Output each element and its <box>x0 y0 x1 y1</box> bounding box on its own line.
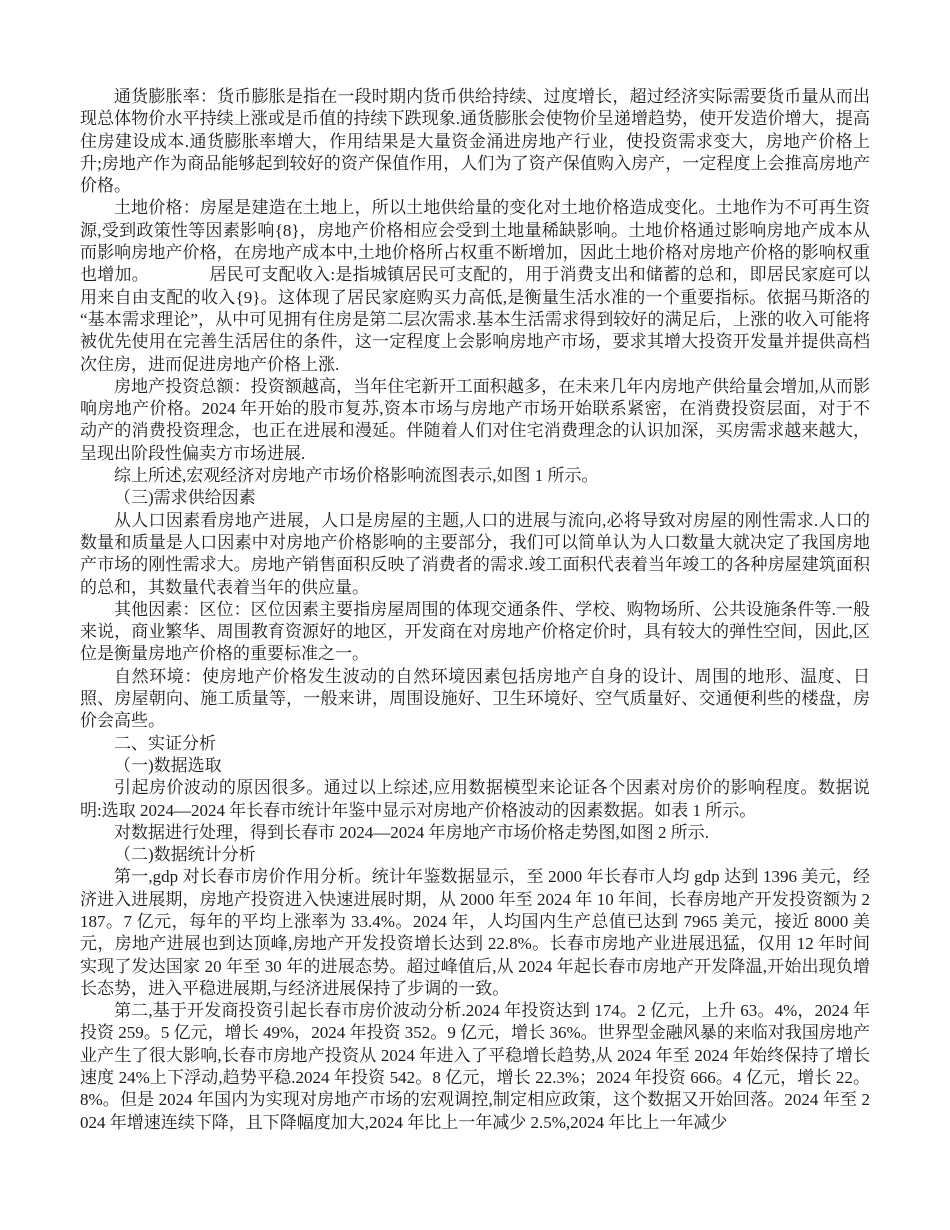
paragraph-13: （二)数据统计分析 <box>80 844 870 866</box>
paragraph-11: 引起房价波动的原因很多。通过以上综述,应用数据模型来论证各个因素对房价的影响程度… <box>80 777 870 822</box>
paragraph-9: 二、实证分析 <box>80 733 870 755</box>
paragraph-12: 对数据进行处理，得到长春市 2024—2024 年房地产市场价格走势图,如图 2… <box>80 822 870 844</box>
paragraph-15: 第二,基于开发商投资引起长春市房价波动分析.2024 年投资达到 174。2 亿… <box>80 1000 870 1134</box>
paragraph-14: 第一,gdp 对长春市房价作用分析。统计年鉴数据显示，至 2000 年长春市人均… <box>80 866 870 1000</box>
paragraph-4: 综上所述,宏观经济对房地产市场价格影响流图表示,如图 1 所示。 <box>80 465 870 487</box>
document-window: { "page": { "background": "#ffffff", "te… <box>0 0 950 1230</box>
paragraph-7: 其他因素：区位：区位因素主要指房屋周围的体现交通条件、学校、购物场所、公共设施条… <box>80 599 870 666</box>
paragraph-5: （三)需求供给因素 <box>80 487 870 509</box>
paragraph-1: 通货膨胀率：货币膨胀是指在一段时期内货币供给持续、过度增长，超过经济实际需要货币… <box>80 86 870 197</box>
paragraph-6: 从人口因素看房地产进展，人口是房屋的主题,人口的进展与流向,必将导致对房屋的刚性… <box>80 510 870 599</box>
document-body: 通货膨胀率：货币膨胀是指在一段时期内货币供给持续、过度增长，超过经济实际需要货币… <box>80 86 870 1134</box>
paragraph-8: 自然环境：使房地产价格发生波动的自然环境因素包括房地产自身的设计、周围的地形、温… <box>80 666 870 733</box>
paragraph-10: （一)数据选取 <box>80 755 870 777</box>
document-page: 通货膨胀率：货币膨胀是指在一段时期内货币供给持续、过度增长，超过经济实际需要货币… <box>0 0 950 1230</box>
paragraph-3: 房地产投资总额：投资额越高，当年住宅新开工面积越多，在未来几年内房地产供给量会增… <box>80 376 870 465</box>
paragraph-2: 土地价格：房屋是建造在土地上，所以土地供给量的变化对土地价格造成变化。土地作为不… <box>80 197 870 375</box>
